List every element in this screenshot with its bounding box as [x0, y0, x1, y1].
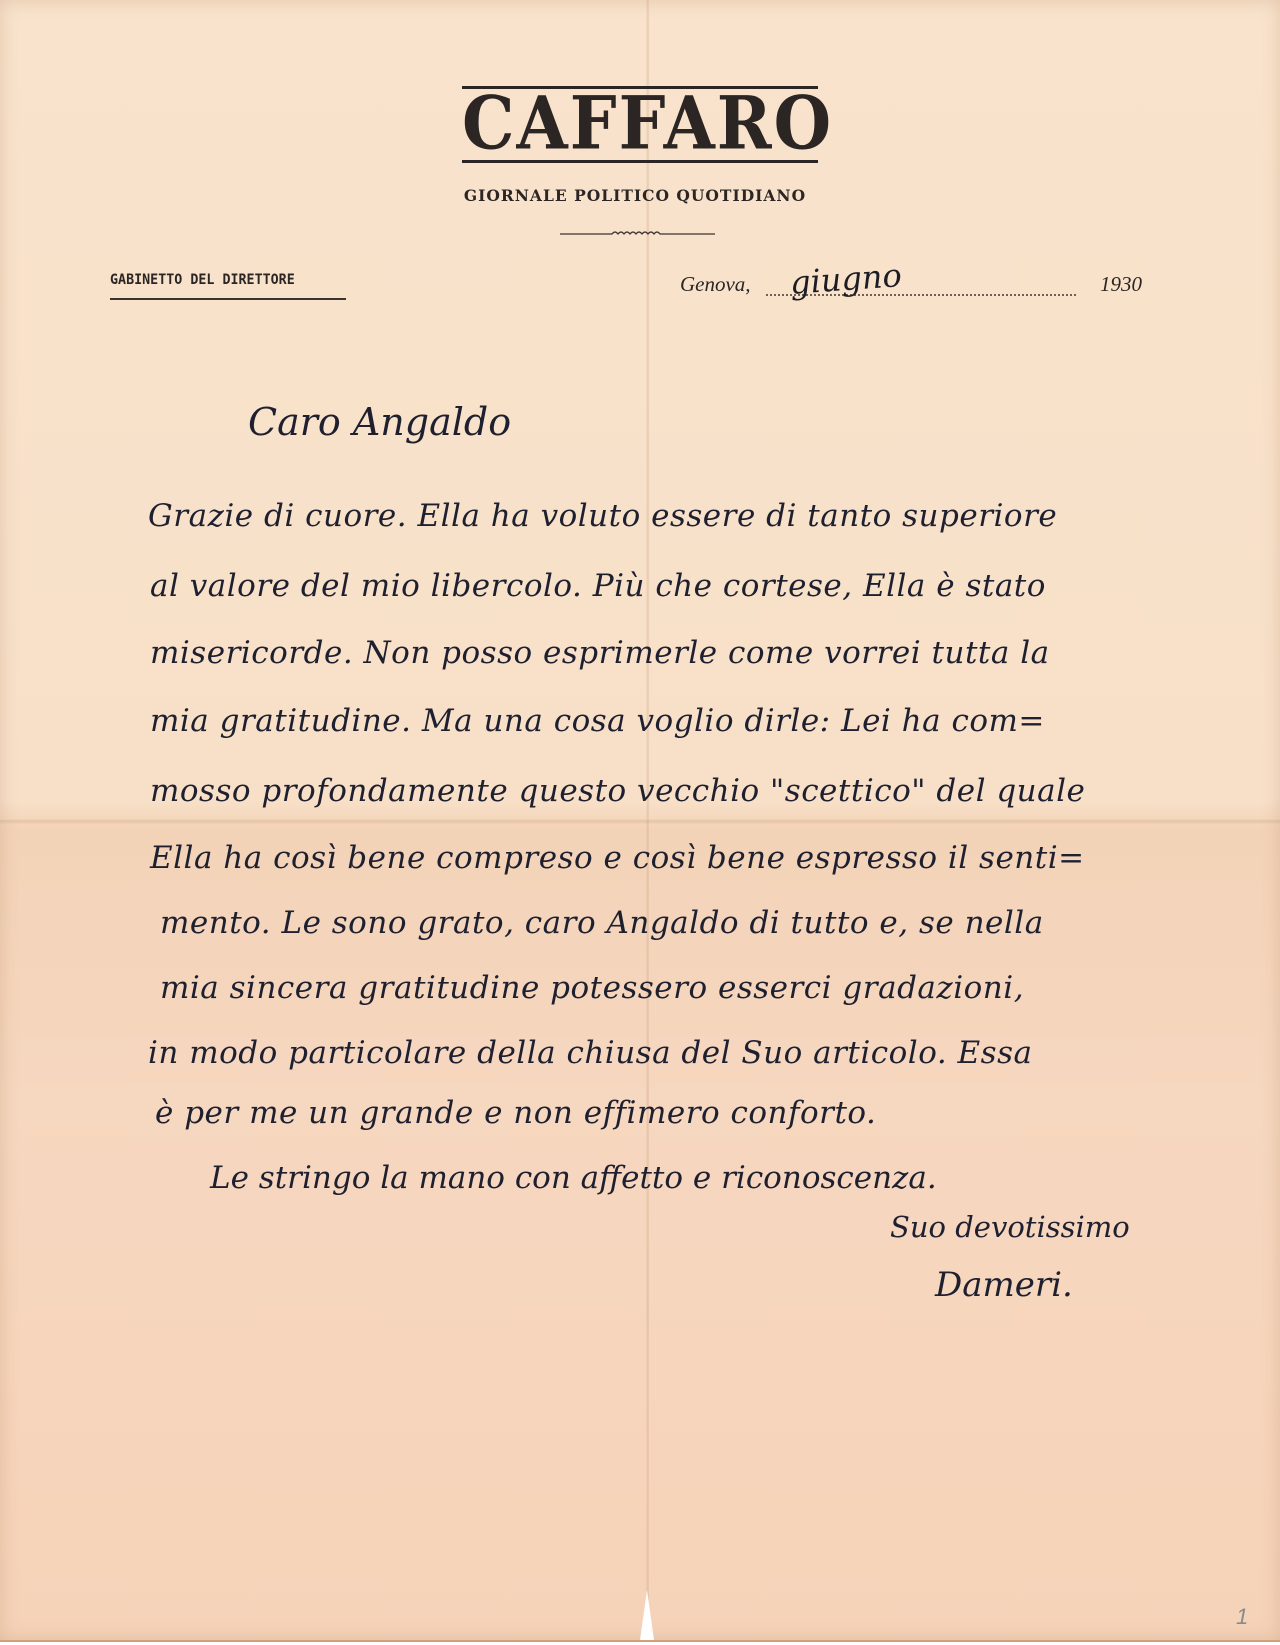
letter-line: mosso profondamente questo vecchio "scet…	[150, 773, 1085, 809]
letter-signoff: Suo devotissimo	[890, 1210, 1130, 1244]
horizontal-fold-crease	[0, 818, 1280, 824]
paper-tear	[640, 1590, 654, 1640]
letter-line: misericorde. Non posso esprimerle come v…	[150, 635, 1050, 671]
letter-line: Grazie di cuore. Ella ha voluto essere d…	[148, 498, 1057, 534]
dateline-month: giugno	[789, 256, 903, 302]
letter-line: mia gratitudine. Ma una cosa voglio dirl…	[150, 703, 1045, 739]
letter-line: è per me un grande e non effimero confor…	[155, 1095, 876, 1131]
letter-sheet: CAFFARO GIORNALE POLITICO QUOTIDIANO GAB…	[0, 0, 1280, 1640]
dateline: Genova, giugno 1930	[680, 270, 1170, 310]
letter-line: al valore del mio libercolo. Più che cor…	[150, 568, 1046, 604]
masthead-bottom-rule	[462, 160, 818, 163]
letter-line: mento. Le sono grato, caro Angaldo di tu…	[160, 905, 1044, 941]
dateline-year: 1930	[1100, 272, 1142, 297]
office-label: GABINETTO DEL DIRETTORE	[110, 272, 295, 288]
letter-line: mia sincera gratitudine potessero esserc…	[160, 970, 1024, 1006]
masthead-subtitle: GIORNALE POLITICO QUOTIDIANO	[380, 186, 890, 205]
scan-bottom-edge	[0, 1640, 1280, 1645]
letter-signature: Dameri.	[935, 1265, 1073, 1305]
letter-greeting: Caro Angaldo	[248, 400, 511, 444]
letter-closing: Le stringo la mano con affetto e riconos…	[210, 1160, 937, 1196]
office-underline	[110, 298, 346, 300]
letter-line: in modo particolare della chiusa del Suo…	[148, 1035, 1032, 1071]
masthead-title: CAFFARO	[462, 85, 818, 162]
dateline-city: Genova,	[680, 272, 751, 297]
page-number: 1	[1236, 1604, 1248, 1630]
wave-ornament-icon	[560, 230, 715, 236]
letter-line: Ella ha così bene compreso e così bene e…	[150, 840, 1085, 876]
